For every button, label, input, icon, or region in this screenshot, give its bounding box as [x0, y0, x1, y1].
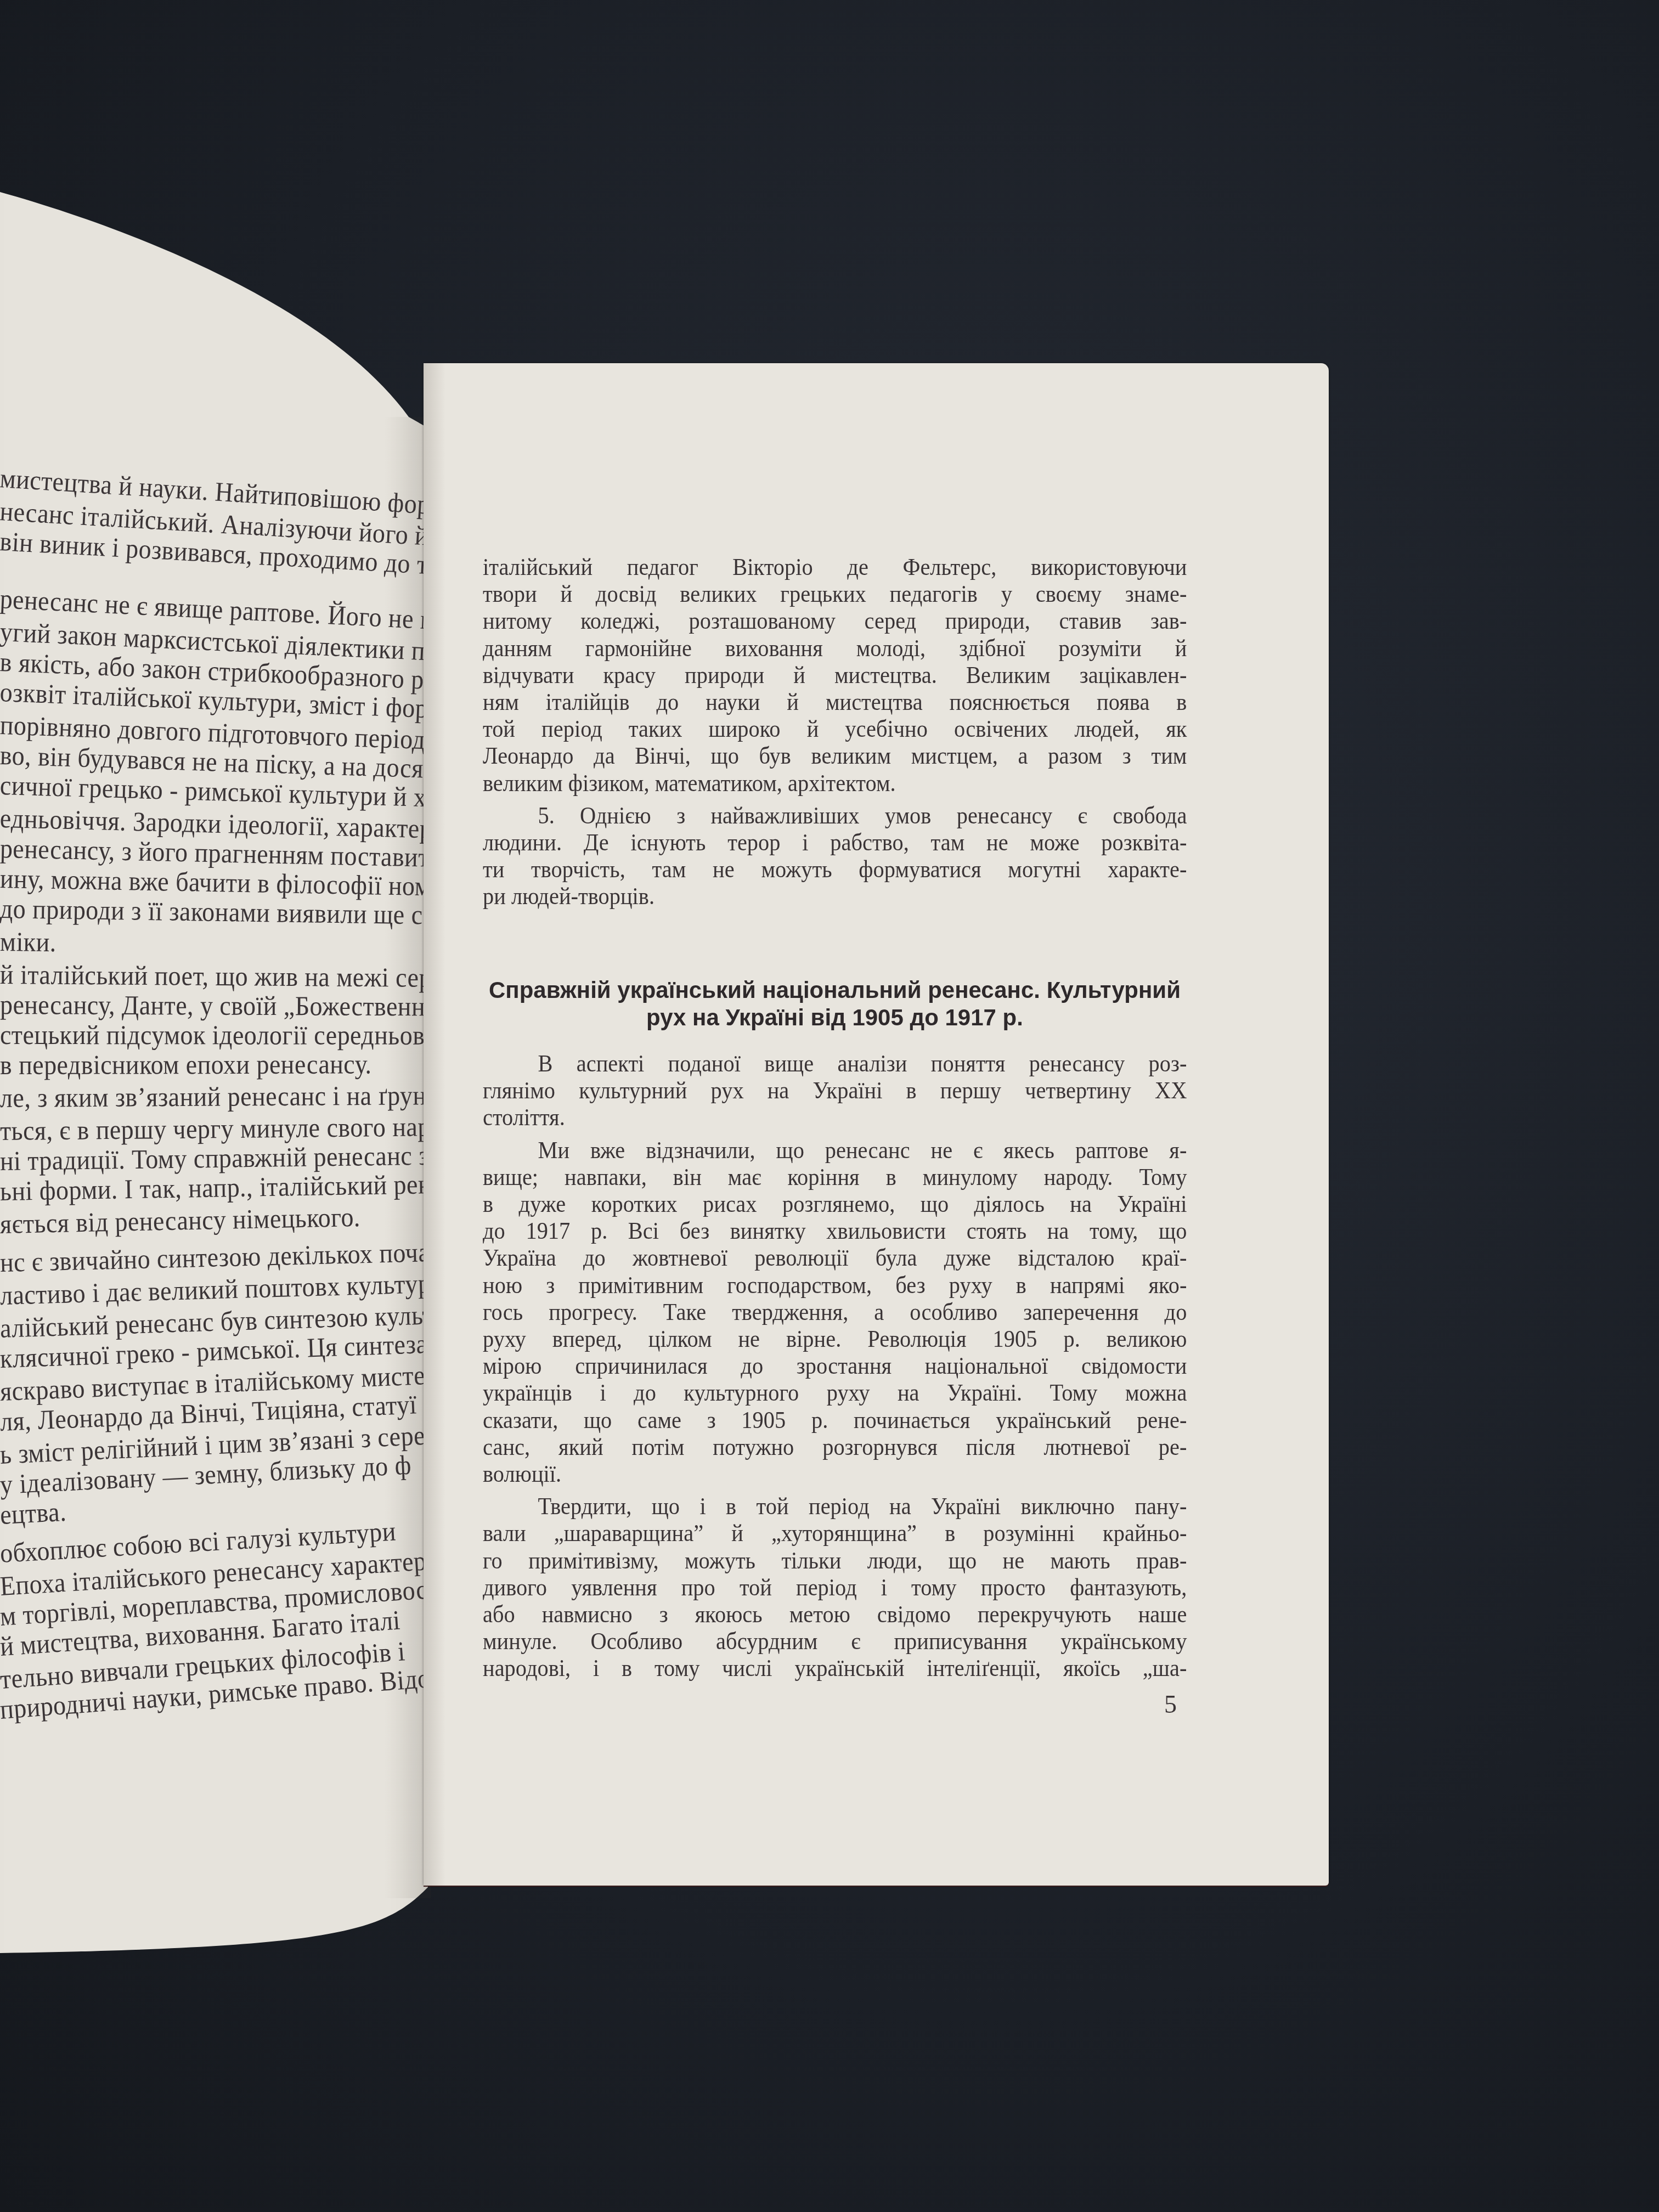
- paragraph-point-5: 5. Однією з найважливіших умов ренесансу…: [483, 803, 1137, 911]
- text-line: людини. Де існують терор і рабство, там …: [483, 830, 1187, 856]
- text-line: ти творчість, там не можуть формуватися …: [483, 856, 1187, 883]
- text-line: відчувати красу природи й мистецтва. Вел…: [483, 662, 1187, 689]
- text-line: українців і до культурного руху на Украї…: [483, 1380, 1187, 1407]
- left-page-text-line: яється від ренесансу німецького.: [0, 1201, 360, 1240]
- left-page-text-line: ьні форми. І так, напр., італійський рен…: [0, 1167, 428, 1207]
- text-line: Леонардо да Вінчі, що був великим мистце…: [483, 743, 1187, 770]
- text-line: вище; навпаки, він має коріння в минулом…: [483, 1164, 1187, 1191]
- text-line: го примітивізму, можуть тільки люди, що …: [483, 1548, 1187, 1575]
- gutter-shadow: [424, 363, 445, 1886]
- text-line: Твердити, що і в той період на Україні в…: [483, 1493, 1187, 1520]
- left-page-text-line: ецтва.: [0, 1496, 67, 1531]
- text-line: до 1917 р. Всі без винятку хвильовисти с…: [483, 1218, 1187, 1245]
- text-line: ною з примітивним господарством, без рух…: [483, 1272, 1187, 1299]
- text-line: 5. Однією з найважливіших умов ренесансу…: [483, 803, 1187, 830]
- text-line: ри людей-творців.: [483, 883, 1187, 910]
- text-line: нитому коледжі, розташованому серед прир…: [483, 608, 1187, 635]
- page-number: 5: [1164, 1690, 1177, 1719]
- text-line: руху вперед, цілком не вірне. Революція …: [483, 1326, 1187, 1353]
- text-line: сказати, що саме з 1905 р. починається у…: [483, 1407, 1187, 1434]
- paragraph: Ми вже відзначили, що ренесанс не є якес…: [483, 1137, 1137, 1488]
- text-line: народові, і в тому числі українській інт…: [483, 1655, 1187, 1682]
- left-page-text-line: в передвісником епохи ренесансу.: [0, 1048, 371, 1081]
- text-line: глянімо культурний рух на Україні в перш…: [483, 1077, 1187, 1104]
- heading-line-1: Справжній український національний ренес…: [483, 977, 1187, 1004]
- text-line: санс, який потім потужно розгорнувся піс…: [483, 1434, 1187, 1461]
- text-line: дивого уявлення про той період і тому пр…: [483, 1575, 1187, 1601]
- right-page-body-section: В аспекті поданої вище аналізи поняття р…: [483, 1051, 1137, 1683]
- paragraph: Твердити, що і в той період на Україні в…: [483, 1493, 1137, 1682]
- text-line: данням гармонійне виховання молоді, здіб…: [483, 635, 1187, 662]
- text-line: великим фізиком, математиком, архітектом…: [483, 770, 1187, 797]
- left-page-text-line: стецький підсумок ідеології середньовіч: [0, 1019, 428, 1051]
- text-line: волюції.: [483, 1461, 1187, 1488]
- text-line: гось прогресу. Таке твердження, а особли…: [483, 1299, 1187, 1326]
- paragraph: В аспекті поданої вище аналізи поняття р…: [483, 1051, 1137, 1132]
- text-line: вали „шараварщина” й „хуторянщина” в роз…: [483, 1520, 1187, 1547]
- left-page-text-line: міки.: [0, 926, 57, 958]
- text-line: минуле. Особливо абсурдним є приписуванн…: [483, 1628, 1187, 1655]
- text-line: В аспекті поданої вище аналізи поняття р…: [483, 1051, 1187, 1077]
- heading-line-2: рух на Україні від 1905 до 1917 р.: [483, 1004, 1187, 1031]
- right-page-body-top: італійський педагог Вікторіо де Фельтерс…: [483, 554, 1137, 911]
- text-line: ням італійців до науки й мистецтва поясн…: [483, 689, 1187, 716]
- text-line: той період таких широко й усебічно освіч…: [483, 716, 1187, 743]
- text-line: в дуже коротких рисах розглянемо, що дія…: [483, 1191, 1187, 1218]
- text-line: мірою спричинилася до зростання націонал…: [483, 1353, 1187, 1380]
- text-line: або навмисно з якоюсь метою свідомо пере…: [483, 1601, 1187, 1628]
- paragraph-continued: італійський педагог Вікторіо де Фельтерс…: [483, 554, 1137, 797]
- text-line: твори й досвід великих грецьких педагогі…: [483, 581, 1187, 608]
- left-page-text-line: до природи з її законами виявили ще сере: [0, 893, 428, 931]
- text-line: італійський педагог Вікторіо де Фельтерс…: [483, 554, 1187, 581]
- text-line: століття.: [483, 1104, 1187, 1131]
- left-page-text-line: ренесансу, Данте, у своїй „Божественній: [0, 989, 428, 1022]
- text-line: Ми вже відзначили, що ренесанс не є якес…: [483, 1137, 1187, 1164]
- left-page-text-line: ле, з яким зв’язаний ренесанс і на ґрунт…: [0, 1079, 428, 1114]
- section-heading: Справжній український національний ренес…: [483, 977, 1187, 1031]
- text-line: Україна до жовтневої революції була дуже…: [483, 1245, 1187, 1272]
